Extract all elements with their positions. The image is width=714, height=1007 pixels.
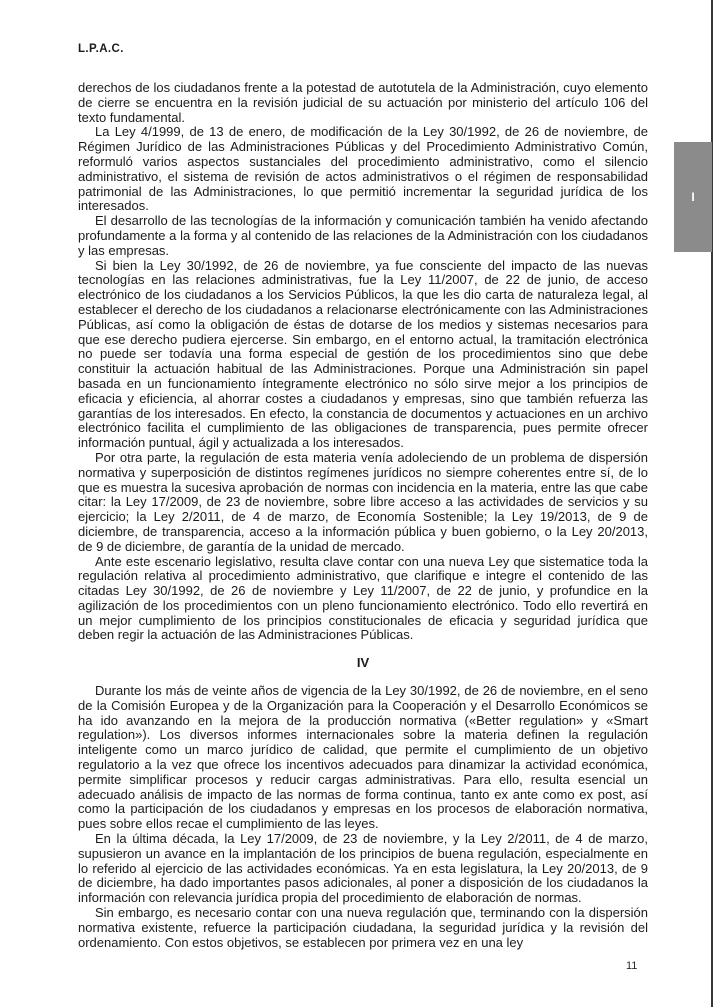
section-tab-label: I bbox=[691, 191, 694, 203]
page-number: 11 bbox=[626, 960, 637, 972]
paragraph: La Ley 4/1999, de 13 de enero, de modifi… bbox=[78, 125, 648, 214]
document-body: derechos de los ciudadanos frente a la p… bbox=[78, 81, 648, 950]
paragraph: derechos de los ciudadanos frente a la p… bbox=[78, 81, 648, 125]
page-header-title: L.P.A.C. bbox=[78, 43, 124, 55]
paragraph: Ante este escenario legislativo, resulta… bbox=[78, 555, 648, 644]
paragraph: En la última década, la Ley 17/2009, de … bbox=[78, 832, 648, 906]
paragraph: Si bien la Ley 30/1992, de 26 de noviemb… bbox=[78, 259, 648, 451]
paragraph: Sin embargo, es necesario contar con una… bbox=[78, 906, 648, 950]
paragraph: Durante los más de veinte años de vigenc… bbox=[78, 684, 648, 832]
section-tab: I bbox=[674, 142, 712, 252]
section-heading: IV bbox=[78, 656, 648, 671]
paragraph: El desarrollo de las tecnologías de la i… bbox=[78, 214, 648, 258]
paragraph: Por otra parte, la regulación de esta ma… bbox=[78, 451, 648, 555]
